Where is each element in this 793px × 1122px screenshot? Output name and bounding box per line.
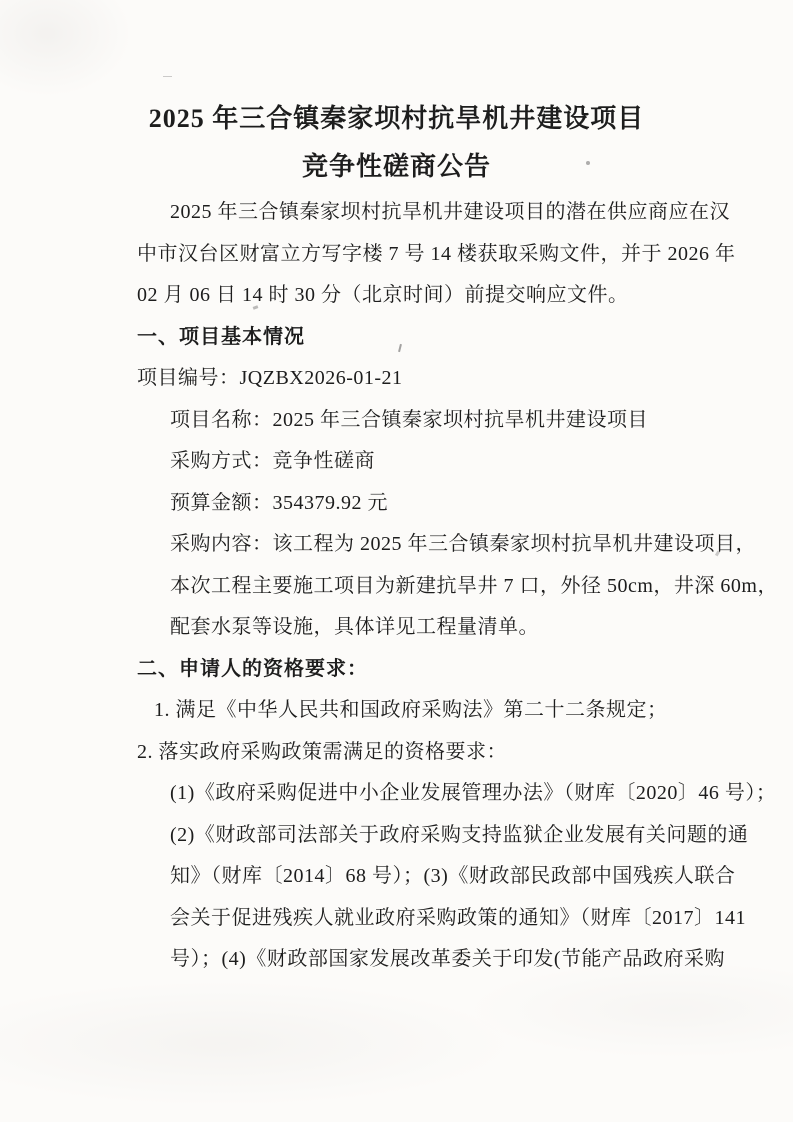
text-line: 2. 落实政府采购政策需满足的资格要求：	[137, 729, 677, 771]
text-line: 02 月 06 日 14 时 30 分（北京时间）前提交响应文件。	[137, 272, 677, 314]
text-line: 采购方式：竞争性磋商	[137, 438, 677, 480]
text-line: 预算金额：354379.92 元	[137, 480, 677, 522]
text-line: 2025 年三合镇秦家坝村抗旱机井建设项目的潜在供应商应在汉	[137, 189, 677, 231]
text-line: 配套水泵等设施，具体详见工程量清单。	[137, 604, 677, 646]
text-line: 项目编号：JQZBX2026-01-21	[137, 355, 677, 397]
text-line: 本次工程主要施工项目为新建抗旱井 7 口，外径 50cm，井深 60m，	[137, 563, 677, 605]
text-line: (2)《财政部司法部关于政府采购支持监狱企业发展有关问题的通	[137, 812, 677, 854]
document-body: 2025 年三合镇秦家坝村抗旱机井建设项目的潜在供应商应在汉中市汉台区财富立方写…	[137, 189, 677, 978]
text-line: 会关于促进残疾人就业政府采购政策的通知》（财库〔2017〕141	[137, 895, 677, 937]
text-line: 1. 满足《中华人民共和国政府采购法》第二十二条规定；	[137, 687, 677, 729]
text-line: 中市汉台区财富立方写字楼 7 号 14 楼获取采购文件，并于 2026 年	[137, 231, 677, 273]
text-line: (1)《政府采购促进中小企业发展管理办法》（财库〔2020〕46 号）；	[137, 770, 677, 812]
document-title-line1: 2025 年三合镇秦家坝村抗旱机井建设项目	[0, 100, 793, 137]
document-title: 2025 年三合镇秦家坝村抗旱机井建设项目 竞争性磋商公告	[0, 0, 793, 185]
scanned-document-page: 2025 年三合镇秦家坝村抗旱机井建设项目 竞争性磋商公告 2025 年三合镇秦…	[0, 0, 793, 1122]
text-line: 号）；(4)《财政部国家发展改革委关于印发(节能产品政府采购	[137, 936, 677, 978]
text-line: 项目名称：2025 年三合镇秦家坝村抗旱机井建设项目	[137, 397, 677, 439]
text-line: 采购内容：该工程为 2025 年三合镇秦家坝村抗旱机井建设项目，	[137, 521, 677, 563]
text-line: 二、申请人的资格要求：	[137, 646, 677, 688]
text-line: 知》（财库〔2014〕68 号）；(3)《财政部民政部中国残疾人联合	[137, 853, 677, 895]
document-title-line2: 竞争性磋商公告	[0, 148, 793, 185]
text-line: 一、项目基本情况	[137, 314, 677, 356]
